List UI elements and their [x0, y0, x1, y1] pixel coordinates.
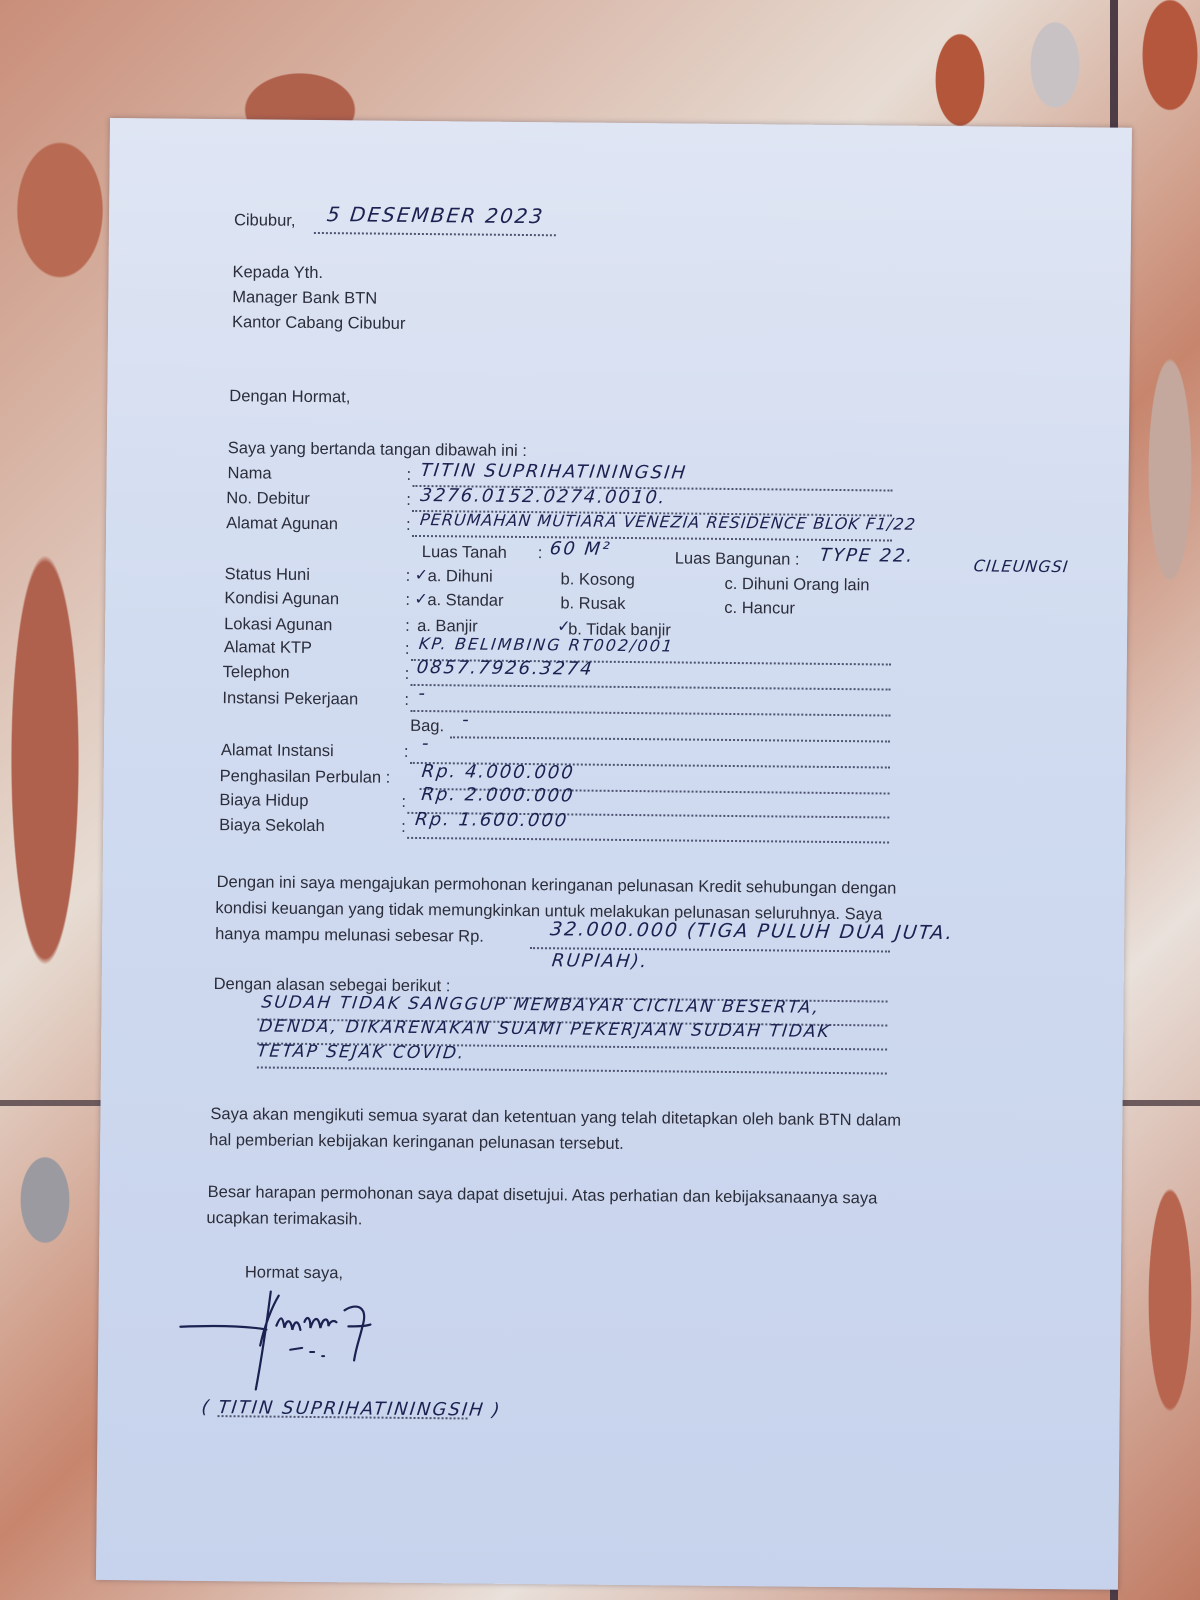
field-label-biaya-sekolah: Biaya Sekolah [219, 816, 325, 836]
letter-paper: Cibubur, 5 DESEMBER 2023 Kepada Yth. Man… [96, 118, 1132, 1590]
colon: : [404, 691, 409, 710]
field-label-alamat-instansi: Alamat Instansi [221, 741, 334, 761]
field-label-luas-bangunan: Luas Bangunan : [675, 549, 800, 569]
option-kondisi-agunan-b[interactable]: b. Rusak [560, 594, 625, 614]
field-value-luas-tanah: 60 M² [549, 538, 613, 560]
field-value-alamat-ktp: KP. BELIMBING RT002/001 [418, 634, 675, 655]
closing-line-1: Besar harapan permohonan saya dapat dise… [208, 1183, 878, 1208]
option-status-huni-c[interactable]: c. Dihuni Orang lain [724, 575, 869, 595]
recipient-line-1: Kepada Yth. [232, 263, 323, 283]
field-label-lokasi-agunan: Lokasi Agunan [224, 615, 332, 635]
field-label-alamat-agunan: Alamat Agunan [226, 514, 338, 534]
recipient-line-3: Kantor Cabang Cibubur [232, 313, 406, 334]
field-line [412, 535, 892, 542]
closing-line-2: ucapkan terimakasih. [206, 1209, 362, 1229]
option-status-huni-a[interactable]: a. Dihuni [428, 567, 493, 587]
signature-icon [178, 1285, 409, 1397]
colon: : [401, 793, 406, 812]
field-value-no-debitur: 3276.0152.0274.0010. [419, 485, 668, 508]
colon: : [405, 665, 410, 684]
field-label-alamat-ktp: Alamat KTP [224, 638, 312, 658]
request-line-3: hanya mampu melunasi sebesar Rp. [215, 925, 484, 947]
amount-handwritten-cont: RUPIAH). [551, 950, 650, 972]
colon: : [405, 617, 410, 636]
checkmark-icon: ✓ [415, 565, 429, 584]
field-label-no-debitur: No. Debitur [226, 489, 310, 509]
date-handwritten: 5 DESEMBER 2023 [326, 202, 546, 228]
field-value-biaya-sekolah: Rp. 1.600.000 [414, 809, 569, 831]
terms-line-1: Saya akan mengikuti semua syarat dan ket… [210, 1105, 901, 1131]
field-label-kondisi-agunan: Kondisi Agunan [224, 589, 339, 609]
field-label-status-huni: Status Huni [225, 565, 310, 585]
field-label-biaya-hidup: Biaya Hidup [219, 791, 308, 811]
field-value-instansi-pekerjaan: - [417, 683, 428, 704]
field-value-telephon: 0857.7926.3274 [416, 657, 595, 680]
intro: Saya yang bertanda tangan dibawah ini : [228, 439, 527, 461]
place: Cibubur, [234, 211, 296, 231]
colon: : [405, 591, 410, 610]
field-line [410, 710, 890, 717]
signoff: Hormat saya, [245, 1263, 343, 1283]
field-line [407, 837, 889, 844]
field-value-alamat-agunan: PERUMAHAN MUTIARA VENEZIA RESIDENCE BLOK… [419, 510, 917, 534]
field-value-penghasilan: Rp. 4.000.000 [421, 761, 576, 783]
field-value-biaya-hidup: Rp. 2.000.000 [420, 784, 575, 806]
option-status-huni-b[interactable]: b. Kosong [560, 570, 634, 590]
field-label-nama: Nama [228, 464, 272, 483]
field-label-penghasilan: Penghasilan Perbulan : [220, 767, 391, 788]
field-value-nama: TITIN SUPRIHATININGSIH [419, 460, 688, 484]
field-value-luas-bangunan: TYPE 22. [819, 545, 916, 567]
colon: : [404, 743, 409, 762]
salutation: Dengan Hormat, [229, 387, 350, 407]
field-label-telephon: Telephon [223, 663, 290, 683]
request-line-1: Dengan ini saya mengajukan permohonan ke… [217, 873, 897, 899]
reason-text-1: SUDAH TIDAK SANGGUP MEMBAYAR CICILAN BES… [260, 993, 821, 1018]
field-value-alamat-agunan-cont: CILEUNGSI [973, 556, 1070, 576]
field-line [450, 736, 890, 742]
recipient-line-2: Manager Bank BTN [232, 288, 377, 308]
amount-handwritten: 32.000.000 (TIGA PULUH DUA JUTA. [549, 918, 955, 944]
reason-text-2: DENDA, DIKARENAKAN SUAMI PEKERJAAN SUDAH… [258, 1016, 832, 1041]
field-label-instansi-pekerjaan: Instansi Pekerjaan [222, 689, 358, 709]
signature-name: ( TITIN SUPRIHATININGSIH ) [200, 1397, 502, 1421]
field-value-alamat-instansi: - [421, 733, 432, 754]
field-line [411, 684, 891, 691]
field-label-luas-tanah: Luas Tanah [422, 543, 507, 563]
colon: : [401, 818, 406, 837]
colon: : [406, 466, 411, 485]
colon: : [405, 640, 410, 659]
checkmark-icon: ✓ [414, 589, 428, 608]
option-kondisi-agunan-c[interactable]: c. Hancur [724, 599, 795, 619]
date-line [314, 232, 556, 236]
reason-line [257, 1066, 887, 1074]
colon: : [538, 544, 543, 563]
colon: : [406, 567, 411, 586]
terms-line-2: hal pemberian kebijakan keringanan pelun… [209, 1131, 624, 1154]
colon: : [406, 491, 411, 510]
option-kondisi-agunan-a[interactable]: a. Standar [427, 591, 503, 611]
colon: : [406, 516, 411, 535]
reason-text-3: TETAP SEJAK COVID. [256, 1041, 467, 1063]
field-value-bagian: - [461, 709, 472, 730]
